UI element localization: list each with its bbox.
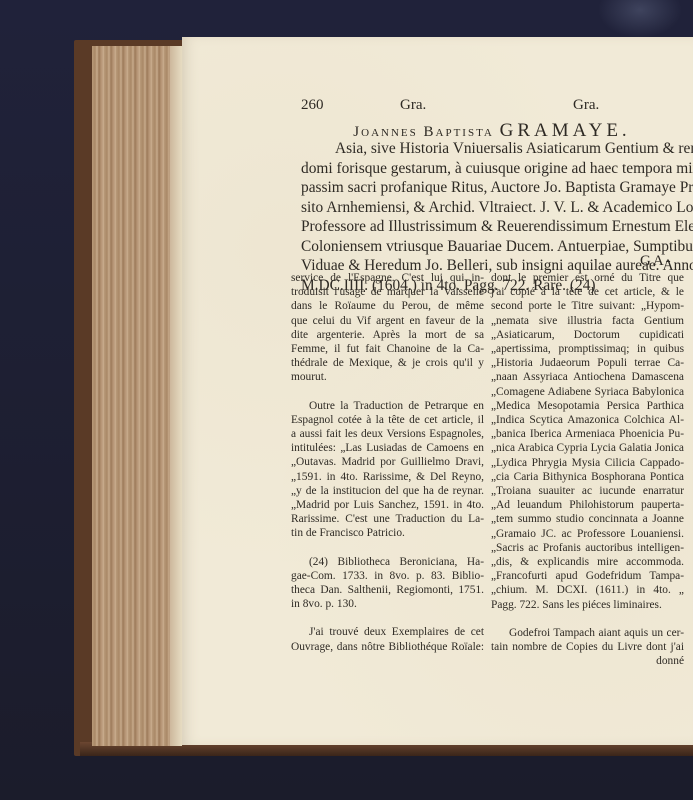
author-surname: GRAMAYE. [500, 120, 631, 141]
text-line: theca Dan. Salthenii, Regiomonti, 1751. [291, 583, 484, 597]
entry-line: passim sacri profanique Ritus, Auctore J… [301, 178, 686, 198]
text-line: „cia Caria Bithynica Bosphorana Pontica [491, 470, 684, 484]
column-catchword: donné [491, 654, 684, 668]
page-block-edges [92, 46, 182, 746]
text-line: Godefroi Tampach aiant aquis un cer- [491, 626, 684, 640]
entry-line: Professore ad Illustrissimum & Reuerendi… [301, 217, 686, 237]
running-head-left: Gra. [400, 97, 426, 114]
text-line: „y de la institucion del que ha de reyna… [291, 484, 484, 498]
text-line: que celui du Vif argent en faveur de la [291, 314, 484, 328]
text-line: a aussi fait les deux Versions Espagnole… [291, 427, 484, 441]
text-line: dite argenterie. Après la mort de sa [291, 328, 484, 342]
text-line: „apertissima, promptissimaq; in quibus [491, 342, 684, 356]
text-line: J'ai trouvé deux Exemplaires de cet [291, 625, 484, 639]
catchword: GA- [640, 253, 673, 270]
text-line: (24) Bibliotheca Beroniciana, Ha- [291, 555, 484, 569]
author-given-names: Joannes Baptista [353, 124, 494, 140]
running-head-right: Gra. [573, 97, 599, 114]
text-line: „Historia Judaeorum Populi terrae Ca- [491, 356, 684, 370]
text-line: thédrale de Mexique, & je crois qu'il y [291, 356, 484, 370]
text-line: in 8vo. p. 130. [291, 597, 484, 611]
text-line: „Lydica Phrygia Mysia Cilicia Cappado- [491, 456, 684, 470]
text-line: „Ad leuandum Philohistorum pauperta- [491, 498, 684, 512]
entry-line: Coloniensem vtriusque Bauariae Ducem. An… [301, 237, 686, 257]
text-line: „nemata sive illustria facta Gentium [491, 314, 684, 328]
text-line: „Gramaio JC. ac Professore Louaniensi. [491, 527, 684, 541]
text-line: tain nombre de Copies du Livre dont j'ai [491, 640, 684, 654]
entry-line: sito Arnhemiensi, & Archid. Vltraiect. J… [301, 198, 686, 218]
paragraph-exemplaires: J'ai trouvé deux Exemplaires de cet Ouvr… [291, 625, 484, 653]
text-line: gae-Com. 1733. in 8vo. p. 83. Biblio- [291, 569, 484, 583]
text-line: „Medica Mesopotamia Persica Parthica [491, 399, 684, 413]
text-line: „naan Assyriaca Antiochena Damascena [491, 370, 684, 384]
text-line: „nica Arabica Cypria Lycia Galatia Jonic… [491, 441, 684, 455]
text-line: second porte le Titre suivant: „Hypom- [491, 299, 684, 313]
text-line: Femme, il fut fait Chanoine de la Ca- [291, 342, 484, 356]
text-line: Outre la Traduction de Petrarque en [291, 399, 484, 413]
text-line: „Francofurti apud Godefridum Tampa- [491, 569, 684, 583]
paragraph-second-title: dont le premier est orné du Titre que j'… [491, 271, 684, 612]
text-line: „chium. M. DCXI. (1611.) in 4to. „ [491, 583, 684, 597]
text-line: „Troiana suauiter ac iucunde enarratur [491, 484, 684, 498]
text-line: „Comagene Adiabene Syriaca Babylonica [491, 385, 684, 399]
text-line: „tem summo studio concinnata a Joanne [491, 512, 684, 526]
left-column: service de l'Espagne. C'est lui qui in- … [291, 271, 484, 654]
text-line: „dis, & explicandis mire accommoda. [491, 555, 684, 569]
text-line: service de l'Espagne. C'est lui qui in- [291, 271, 484, 285]
paragraph-biography: service de l'Espagne. C'est lui qui in- … [291, 271, 484, 385]
text-line: dont le premier est orné du Titre que [491, 271, 684, 285]
text-line: j'ai copié à la tête de cet article, & l… [491, 285, 684, 299]
text-line: troduisit l'usage de marquer la Vaissell… [291, 285, 484, 299]
text-line: dans le Roïaume du Perou, de même [291, 299, 484, 313]
text-line: Espagnol cotée à la tête de cet article,… [291, 413, 484, 427]
right-column: dont le premier est orné du Titre que j'… [491, 271, 684, 668]
text-line: tin de Francisco Patricio. [291, 526, 484, 540]
paragraph-tampach: Godefroi Tampach aiant aquis un cer- tai… [491, 626, 684, 669]
text-line: „banica Iberica Armeniaca Phoenicia Pu- [491, 427, 684, 441]
page-number: 260 [301, 97, 324, 114]
text-line: intitulées: „Las Lusiadas de Camoens en [291, 441, 484, 455]
entry-line: Asia, sive Historia Vniuersalis Asiatica… [301, 139, 686, 159]
text-line: Ouvrage, dans nôtre Bibliothéque Roïale: [291, 640, 484, 654]
text-line: „Outavas. Madrid por Guillielmo Dravi, [291, 455, 484, 469]
footnote-24: (24) Bibliotheca Beroniciana, Ha- gae-Co… [291, 555, 484, 612]
running-head: 260 Gra. Gra. [301, 97, 683, 119]
text-line: „Asiaticarum, Doctorum cupidicati [491, 328, 684, 342]
text-line: mourut. [291, 370, 484, 384]
text-line: „Sacris ac Profanis auctoribus intellige… [491, 541, 684, 555]
text-line: „Madrid por Luis Sanchez, 1591. in 4to. [291, 498, 484, 512]
paragraph-translations: Outre la Traduction de Petrarque en Espa… [291, 399, 484, 541]
text-line: Rarissime. C'est une Traduction du La- [291, 512, 484, 526]
text-line: „Indica Scytica Amazonica Colchica Al- [491, 413, 684, 427]
text-line: „1591. in 4to. Rarissime, & Del Reyno, [291, 470, 484, 484]
entry-line: domi forisque gestarum, à cuiusque origi… [301, 159, 686, 179]
text-line: Pagg. 722. Sans les piéces liminaires. [491, 598, 684, 612]
